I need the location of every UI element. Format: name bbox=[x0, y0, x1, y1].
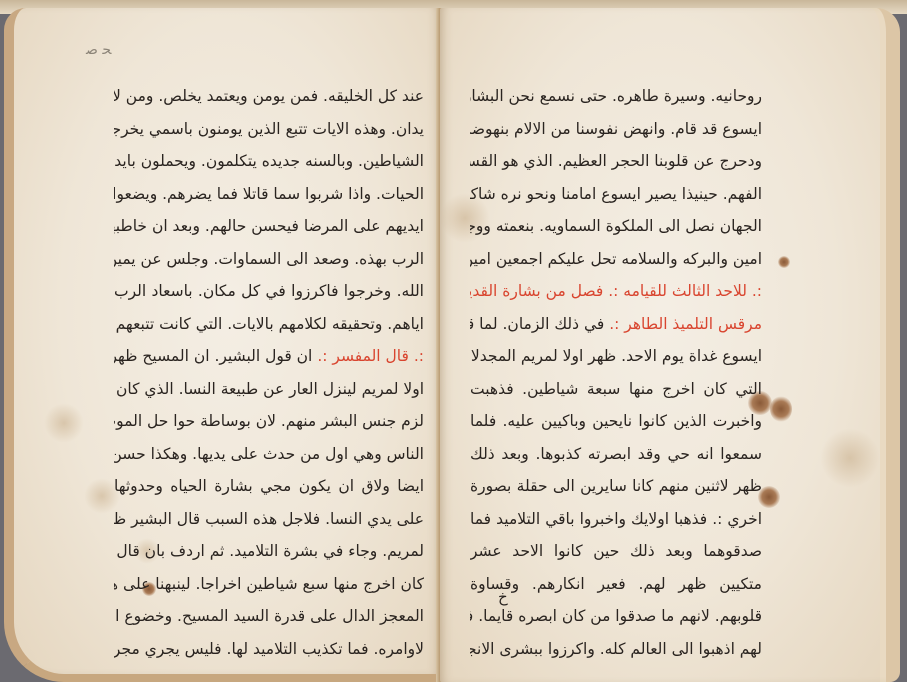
text-line: الناس وهي اول من حدث على يديها. وهكذا حس… bbox=[114, 438, 424, 471]
rubric-heading: مرقس التلميذ الطاهر :. bbox=[609, 315, 762, 333]
rubric-continuation: في ذلك الزمان. لما قام bbox=[470, 315, 604, 333]
text-line: قلوبهم. لانهم ما صدقوا من كان ابصره قايم… bbox=[470, 600, 762, 633]
rubric-text-line: :. قال المفسر :. ان قول البشير. ان المسي… bbox=[114, 340, 424, 373]
rubric-heading: :. قال المفسر :. bbox=[317, 347, 424, 365]
text-line: ايديهم على المرضا فيحسن حالهم. وبعد ان خ… bbox=[114, 210, 424, 243]
text-line: واخبرت الذين كانوا نايحين وباكيين عليه. … bbox=[470, 405, 762, 438]
left-page: ﺤ ﺻ عند كل الخليقه. فمن يومن ويعتمد يخلص… bbox=[4, 8, 440, 682]
text-line: اياهم. وتحقيقه لكلامهم بالايات. التي كان… bbox=[114, 308, 424, 341]
text-line: الله. وخرجوا فاكرزوا في كل مكان. باسعاد … bbox=[114, 275, 424, 308]
text-line: ظهر لاثنين منهم كانا سايرين الى حقلة بصو… bbox=[470, 470, 762, 503]
text-line: يدان. وهذه الايات تتبع الذين يومنون باسم… bbox=[114, 113, 424, 146]
text-line: ايسوع قد قام. وانهض نفوسنا من الالام بنه… bbox=[470, 113, 762, 146]
text-line: الحيات. واذا شربوا سما قاتلا فما يضرهم. … bbox=[114, 178, 424, 211]
rubric-text-line: مرقس التلميذ الطاهر :. في ذلك الزمان. لم… bbox=[470, 308, 762, 341]
pencil-annotation: ﺤ ﺻ bbox=[86, 42, 111, 58]
text-line: التي كان اخرج منها سبعة شياطين. فذهبت bbox=[470, 373, 762, 406]
text-line: الفهم. حينيذا يصير ايسوع امامنا ونحو نره… bbox=[470, 178, 762, 211]
text-line: ايسوع غداة يوم الاحد. ظهر اولا لمريم الم… bbox=[470, 340, 762, 373]
text-line: كان اخرج منها سبع شياطين اخراجا. لينبهنا… bbox=[114, 568, 424, 601]
text-line: امين والبركه والسلامه تحل عليكم اجمعين ا… bbox=[470, 243, 762, 276]
text-line: اولا لمريم لينزل العار عن طبيعة النسا. ا… bbox=[114, 373, 424, 406]
text-line: الرب بهذه. وصعد الى السماوات. وجلس عن يم… bbox=[114, 243, 424, 276]
ink-spot bbox=[778, 256, 790, 268]
water-stain bbox=[44, 403, 84, 443]
text-line: المعجز الدال على قدرة السيد المسيح. وخضو… bbox=[114, 600, 424, 633]
text-line: الشياطين. وبالسنه جديده يتكلمون. ويحملون… bbox=[114, 145, 424, 178]
text-line: عند كل الخليقه. فمن يومن ويعتمد يخلص. وم… bbox=[114, 80, 424, 113]
text-line: على يدي النسا. فلاجل هذه السبب قال البشي… bbox=[114, 503, 424, 536]
text-line: الجهان نصل الى الملكوة السماويه. بنعمته … bbox=[470, 210, 762, 243]
right-page-text: روحانيه. وسيرة طاهره. حتى نسمع نحن البشا… bbox=[470, 80, 762, 665]
water-stain bbox=[820, 428, 880, 488]
catchword: خ bbox=[498, 588, 508, 606]
text-line: اخري :. فذهبا اولايك واخبروا باقي التلام… bbox=[470, 503, 762, 536]
text-line: صدقوهما وبعد ذلك حين كانوا الاحد عشر bbox=[470, 535, 762, 568]
text-line: لاوامره. فما تكذيب التلاميد لها. فليس يج… bbox=[114, 633, 424, 666]
text-line: روحانيه. وسيرة طاهره. حتى نسمع نحن البشا… bbox=[470, 80, 762, 113]
rubric-heading-line: :. للاحد الثالث للقيامه :. فصل من بشارة … bbox=[470, 275, 762, 308]
text-line: لمريم. وجاء في بشرة التلاميد. ثم اردف با… bbox=[114, 535, 424, 568]
text-line: لزم جنس البشر منهم. لان بوساطة حوا حل ال… bbox=[114, 405, 424, 438]
text-line: ودحرج عن قلوبنا الحجر العظيم. الذي هو ال… bbox=[470, 145, 762, 178]
text-line: متكيين ظهر لهم. فعير انكارهم. وقساوة bbox=[470, 568, 762, 601]
left-page-text: عند كل الخليقه. فمن يومن ويعتمد يخلص. وم… bbox=[114, 80, 424, 665]
rubric-continuation: ان قول البشير. ان المسيح ظهر bbox=[114, 347, 312, 365]
text-line: ايضا ولاق ان يكون مجي بشارة الحياه وحدوث… bbox=[114, 470, 424, 503]
text-line: سمعوا انه حي وقد ابصرته كذبوها. وبعد ذلك bbox=[470, 438, 762, 471]
text-line: لهم اذهبوا الى العالم كله. واكرزوا ببشرى… bbox=[470, 633, 762, 666]
brown-stain bbox=[770, 396, 792, 422]
manuscript-opening: ﺤ ﺻ عند كل الخليقه. فمن يومن ويعتمد يخلص… bbox=[0, 0, 907, 682]
right-page: روحانيه. وسيرة طاهره. حتى نسمع نحن البشا… bbox=[440, 8, 900, 682]
